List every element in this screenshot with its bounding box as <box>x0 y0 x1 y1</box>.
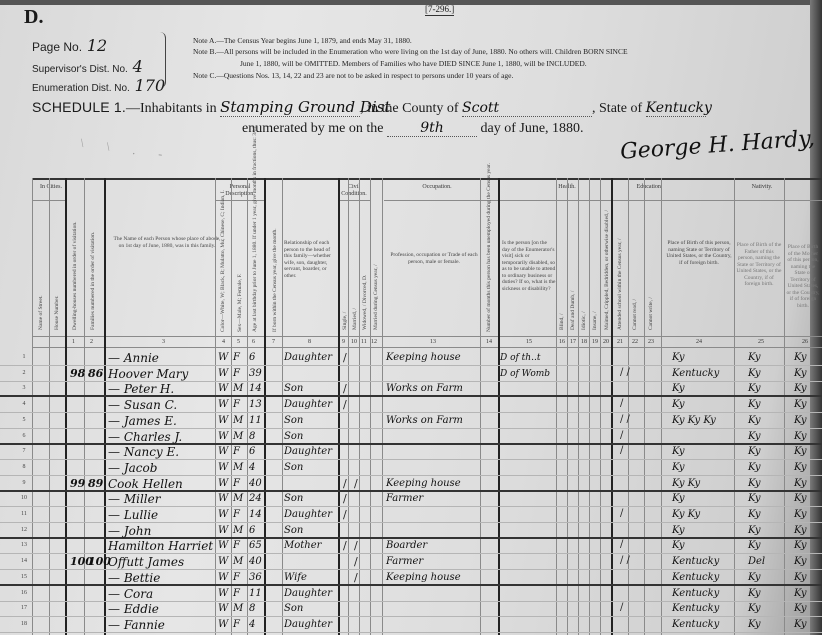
page-number-label: Page No. <box>32 40 82 54</box>
colnum: 2 <box>90 339 93 345</box>
colnum: 15 <box>526 339 532 345</box>
meta-bracket <box>160 32 166 88</box>
person-name: — Miller <box>108 491 160 507</box>
relationship: Son <box>284 413 303 429</box>
group-occupation: Occupation. <box>392 184 482 191</box>
father-birthplace: Ky <box>748 570 760 586</box>
married-mark: / <box>354 477 358 490</box>
single-mark: / <box>343 539 347 552</box>
age: 4 <box>249 617 255 633</box>
sex: F <box>233 366 240 382</box>
relationship: Daughter <box>284 350 332 366</box>
married-mark: / <box>354 571 358 584</box>
table-row: 7 — Nancy E. W F 6 Daughter / Ky Ky Ky <box>0 444 822 460</box>
occupation: Keeping house <box>386 476 461 492</box>
person-name: — Fannie <box>108 617 165 633</box>
color: W <box>218 397 228 413</box>
enumeration-district-label: Enumeration Dist. No. <box>32 83 130 94</box>
mother-birthplace: Ky <box>794 586 806 602</box>
table-row: 4 — Susan C. W F 13 Daughter / / Ky Ky K… <box>0 397 822 413</box>
single-mark: / <box>343 351 347 364</box>
enumerator-signature: George H. Hardy, <box>619 126 815 165</box>
enumeration-date: enumerated by me on the 9th day of June,… <box>242 120 584 137</box>
col-relationship: Relationship of each person to the head … <box>284 240 334 279</box>
person-name: — James E. <box>108 413 177 429</box>
col-birthplace: Place of Birth of this person, naming St… <box>666 240 732 266</box>
colnum: 26 <box>802 339 808 345</box>
sex: F <box>233 538 240 554</box>
mother-birthplace: Ky <box>794 538 806 554</box>
occupation: Keeping house <box>386 350 461 366</box>
relationship: Daughter <box>284 586 332 602</box>
education-marks: / <box>620 602 623 613</box>
mother-birthplace: Ky <box>794 366 806 382</box>
table-row: 14 100 100 Offutt James W M 40 / Farmer … <box>0 554 822 570</box>
relationship: Son <box>284 460 303 476</box>
age: 65 <box>249 538 262 554</box>
birthplace: Ky <box>672 444 684 460</box>
birthplace: Ky Ky Ky <box>672 413 716 429</box>
birthplace: Kentucky <box>672 586 719 602</box>
line-number: 8 <box>18 464 30 470</box>
birthplace: Kentucky <box>672 554 719 570</box>
person-name: — Cora <box>108 586 153 602</box>
color: W <box>218 538 228 554</box>
person-name: — Annie <box>108 350 159 366</box>
sex: M <box>233 491 243 507</box>
relationship: Daughter <box>284 397 332 413</box>
scan-edge-top <box>0 0 822 5</box>
line-number: 12 <box>18 527 30 533</box>
age: 13 <box>249 397 262 413</box>
table-row: 13 Hamilton Harriet W F 65 Mother / / Bo… <box>0 538 822 554</box>
line-number: 4 <box>18 401 30 407</box>
father-birthplace: Ky <box>748 507 760 523</box>
father-birthplace: Ky <box>748 397 760 413</box>
relationship: Son <box>284 601 303 617</box>
colnum: 3 <box>162 339 165 345</box>
sex: F <box>233 586 240 602</box>
sex: F <box>233 397 240 413</box>
state-value: Kentucky <box>646 100 706 117</box>
education-marks: / / <box>620 414 630 425</box>
relationship: Wife <box>284 570 307 586</box>
birthplace: Kentucky <box>672 366 719 382</box>
person-name: — Lullie <box>108 507 158 523</box>
col-months-unemployed: Number of months this person has been un… <box>486 204 492 332</box>
col-sex: Sex—Male, M; Female, F. <box>237 204 243 332</box>
father-birthplace: Ky <box>748 586 760 602</box>
occupation: Farmer <box>386 491 423 507</box>
table-row: 12 — John W M 6 Son Ky Ky Ky <box>0 523 822 539</box>
occupation: Farmer <box>386 554 423 570</box>
father-birthplace: Ky <box>748 429 760 445</box>
note-b: Note B.—All persons will be included in … <box>193 47 628 56</box>
group-civil: Civil Condition. <box>339 184 369 198</box>
line-number: 13 <box>18 542 30 548</box>
father-birthplace: Ky <box>748 617 760 633</box>
state-label: , State of <box>592 101 642 116</box>
sickness: D of th..t <box>500 350 540 366</box>
sex: M <box>233 523 243 539</box>
father-birthplace: Ky <box>748 460 760 476</box>
single-mark: / <box>343 508 347 521</box>
sex: F <box>233 570 240 586</box>
page-number: Page No. 12 <box>32 36 107 55</box>
education-marks: / <box>620 445 623 456</box>
mother-birthplace: Ky <box>794 381 806 397</box>
line-number: 2 <box>18 370 30 376</box>
age: 11 <box>249 586 262 602</box>
single-mark: / <box>343 477 347 490</box>
person-name: — Bettie <box>108 570 160 586</box>
birthplace: Kentucky <box>672 601 719 617</box>
colnum: 19 <box>592 339 598 345</box>
table-row: 16 — Cora W F 11 Daughter Kentucky Ky Ky <box>0 586 822 602</box>
color: W <box>218 523 228 539</box>
father-birthplace: Ky <box>748 413 760 429</box>
mother-birthplace: Ky <box>794 491 806 507</box>
note-c: Note C.—Questions Nos. 13, 14, 22 and 23… <box>193 71 513 80</box>
color: W <box>218 350 228 366</box>
age: 14 <box>249 507 262 523</box>
line-number: 16 <box>18 590 30 596</box>
age: 36 <box>249 570 262 586</box>
colnum: 21 <box>617 339 623 345</box>
sex: M <box>233 601 243 617</box>
colnum: 17 <box>570 339 576 345</box>
col-father-birthplace: Place of Birth of the Father of this per… <box>736 242 782 288</box>
line-number: 7 <box>18 448 30 454</box>
supervisor-district-label: Supervisor's Dist. No. <box>32 64 128 75</box>
birthplace: Kentucky <box>672 570 719 586</box>
col-insane: Insane, / <box>592 290 598 330</box>
sex: F <box>233 617 240 633</box>
col-widowed: Widowed, / Divorced, D. <box>362 240 368 330</box>
color: W <box>218 444 228 460</box>
table-row: 15 — Bettie W F 36 Wife / Keeping house … <box>0 570 822 586</box>
mother-birthplace: Ky <box>794 429 806 445</box>
education-marks: / <box>620 539 623 550</box>
line-number: 17 <box>18 605 30 611</box>
line-number: 6 <box>18 433 30 439</box>
education-marks: / <box>620 508 623 519</box>
colnum: 20 <box>603 339 609 345</box>
person-name: — Susan C. <box>108 397 177 413</box>
age: 24 <box>249 491 262 507</box>
group-nativity: Nativity. <box>732 184 792 191</box>
person-name: — Jacob <box>108 460 157 476</box>
sex: M <box>233 554 243 570</box>
father-birthplace: Ky <box>748 366 760 382</box>
colnum: 5 <box>237 339 240 345</box>
col-name: The Name of each Person whose place of a… <box>112 236 222 249</box>
mother-birthplace: Ky <box>794 460 806 476</box>
place-value: Stamping Ground Dist <box>220 98 360 117</box>
county-label: , in the County of <box>360 101 458 116</box>
col-age: Age at last birthday prior to June 1, 18… <box>252 204 258 332</box>
sex: F <box>233 444 240 460</box>
table-row: 3 — Peter H. W M 14 Son / Works on Farm … <box>0 381 822 397</box>
color: W <box>218 617 228 633</box>
col-blind: Blind, / <box>559 290 565 330</box>
person-name: — Nancy E. <box>108 444 179 460</box>
note-b-continued: June 1, 1880, will be OMITTED. Members o… <box>240 59 587 68</box>
birthplace: Ky <box>672 538 684 554</box>
dwelling-number: 99 <box>70 476 85 492</box>
colnum: 16 <box>559 339 565 345</box>
person-name: — Charles J. <box>108 429 182 445</box>
col-color: Color—White, W; Black, B; Mulatto, Mu; C… <box>220 204 226 332</box>
sex: F <box>233 476 240 492</box>
single-mark: / <box>343 382 347 395</box>
colnum: 11 <box>361 339 367 345</box>
age: 8 <box>249 429 255 445</box>
person-name: Cook Hellen <box>108 476 183 492</box>
colnum: 24 <box>696 339 702 345</box>
line-number: 5 <box>18 417 30 423</box>
occupation: Works on Farm <box>386 413 463 429</box>
col-attended-school: Attended school within the Census year, … <box>617 220 623 330</box>
colnum: 12 <box>371 339 377 345</box>
education-marks: / <box>620 430 623 441</box>
colnum: 23 <box>648 339 654 345</box>
birthplace: Ky <box>672 523 684 539</box>
sex: F <box>233 507 240 523</box>
line-number: 14 <box>18 558 30 564</box>
relationship: Son <box>284 429 303 445</box>
person-name: Hoover Mary <box>108 366 188 382</box>
line-number: 18 <box>18 621 30 627</box>
colnum: 1 <box>72 339 75 345</box>
table-row: 6 — Charles J. W M 8 Son / Ky Ky <box>0 429 822 445</box>
age: 40 <box>249 476 262 492</box>
education-marks: / / <box>620 367 630 378</box>
supervisor-district-value: 4 <box>133 57 143 76</box>
col-occupation: Profession, occupation or Trade of each … <box>384 252 484 265</box>
age: 6 <box>249 444 255 460</box>
group-rule <box>339 200 371 201</box>
supervisor-district: Supervisor's Dist. No. 4 <box>32 57 143 76</box>
person-name: — Eddie <box>108 601 159 617</box>
col-sickness: Is the person [on the day of the Enumera… <box>502 240 556 292</box>
color: W <box>218 413 228 429</box>
color: W <box>218 586 228 602</box>
education-marks: / / <box>620 555 630 566</box>
census-page: D. [7-296.] Page No. 12 Supervisor's Dis… <box>0 0 822 635</box>
color: W <box>218 491 228 507</box>
sex: M <box>233 429 243 445</box>
colnum: 10 <box>351 339 357 345</box>
table-row: 8 — Jacob W M 4 Son Ky Ky Ky <box>0 460 822 476</box>
single-mark: / <box>343 398 347 411</box>
bleed-through-marks: \ \ . - <box>79 136 173 164</box>
father-birthplace: Ky <box>748 476 760 492</box>
relationship: Daughter <box>284 617 332 633</box>
col-born-in-year: If born within the Census year, give the… <box>272 204 278 332</box>
colnum: 8 <box>308 339 311 345</box>
col-deaf-dumb: Deaf and Dumb, / <box>570 270 576 330</box>
col-married: Married, / <box>352 270 358 330</box>
line-number: 15 <box>18 574 30 580</box>
married-mark: / <box>354 539 358 552</box>
col-family: Families numbered in the order of visita… <box>90 200 96 330</box>
married-mark: / <box>354 555 358 568</box>
table-row: 10 — Miller W M 24 Son / Farmer Ky Ky Ky <box>0 491 822 507</box>
father-birthplace: Ky <box>748 538 760 554</box>
line-number: 1 <box>18 354 30 360</box>
person-name: — John <box>108 523 151 539</box>
sex: M <box>233 381 243 397</box>
person-name: Offutt James <box>108 554 184 570</box>
census-table: In Cities. Name of Street. House Number.… <box>32 178 822 635</box>
col-cannot-write: Cannot write, / <box>648 280 654 330</box>
colnum: 9 <box>342 339 345 345</box>
mother-birthplace: Ky <box>794 350 806 366</box>
column-numbers-row: 1 2 3 4 5 6 7 8 9 10 11 12 13 14 15 16 1… <box>32 336 822 348</box>
col-cannot-read: Cannot read, / <box>632 280 638 330</box>
father-birthplace: Ky <box>748 601 760 617</box>
sex: F <box>233 350 240 366</box>
color: W <box>218 570 228 586</box>
line-number: 11 <box>18 511 30 517</box>
table-row: 17 — Eddie W M 8 Son / Kentucky Ky Ky <box>0 601 822 617</box>
color: W <box>218 554 228 570</box>
relationship: Son <box>284 523 303 539</box>
colnum: 7 <box>272 339 275 345</box>
mother-birthplace: Ky <box>794 570 806 586</box>
birthplace: Kentucky <box>672 617 719 633</box>
birthplace: Ky <box>672 350 684 366</box>
father-birthplace: Del <box>748 554 765 570</box>
form-code: [7-296.] <box>425 4 454 16</box>
father-birthplace: Ky <box>748 350 760 366</box>
sickness: D of Womb <box>500 366 550 382</box>
age: 8 <box>249 601 255 617</box>
relationship: Son <box>284 491 303 507</box>
family-number: 89 <box>88 476 103 492</box>
education-marks: / <box>620 398 623 409</box>
father-birthplace: Ky <box>748 491 760 507</box>
mother-birthplace: Ky <box>794 413 806 429</box>
table-row: 1 — Annie W F 6 Daughter / Keeping house… <box>0 350 822 366</box>
age: 40 <box>249 554 262 570</box>
age: 4 <box>249 460 255 476</box>
color: W <box>218 366 228 382</box>
sex: M <box>233 413 243 429</box>
page-number-value: 12 <box>87 36 107 55</box>
group-rule <box>384 200 500 201</box>
person-name: — Peter H. <box>108 381 174 397</box>
colnum: 6 <box>252 339 255 345</box>
day-suffix: day of June, 1880. <box>481 121 584 136</box>
age: 39 <box>249 366 262 382</box>
table-row: 11 — Lullie W F 14 Daughter / / Ky Ky Ky… <box>0 507 822 523</box>
dwelling-number: 98 <box>70 366 85 382</box>
color: W <box>218 429 228 445</box>
table-header: In Cities. Name of Street. House Number.… <box>32 178 822 336</box>
mother-birthplace: Ky <box>794 554 806 570</box>
col-dwelling: Dwelling-houses numbered in order of vis… <box>72 200 78 330</box>
colnum: 13 <box>430 339 436 345</box>
mother-birthplace: Ky <box>794 523 806 539</box>
occupation: Keeping house <box>386 570 461 586</box>
birthplace: Ky <box>672 460 684 476</box>
mother-birthplace: Ky <box>794 507 806 523</box>
col-maimed: Maimed, Crippled, Bedridden, or otherwis… <box>604 202 610 330</box>
col-house-number: House Number. <box>54 250 60 330</box>
county-value: Scott <box>462 100 592 117</box>
color: W <box>218 601 228 617</box>
schedule-header: SCHEDULE 1.—Inhabitants in Stamping Grou… <box>32 98 706 117</box>
inhabitants-label: —Inhabitants in <box>126 101 217 116</box>
group-education: Education. <box>622 184 677 191</box>
colnum: 14 <box>486 339 492 345</box>
table-row: 18 — Fannie W F 4 Daughter Kentucky Ky K… <box>0 617 822 633</box>
relationship: Mother <box>284 538 321 554</box>
color: W <box>218 476 228 492</box>
colnum: 4 <box>222 339 225 345</box>
day-value: 9th <box>387 120 477 137</box>
relationship: Daughter <box>284 444 332 460</box>
enumerated-label: enumerated by me on the <box>242 121 384 136</box>
note-a: Note A.—The Census Year begins June 1, 1… <box>193 36 412 45</box>
color: W <box>218 381 228 397</box>
relationship: Son <box>284 381 303 397</box>
col-mother-birthplace: Place of Birth of the Mother of this per… <box>786 244 820 309</box>
occupation: Boarder <box>386 538 427 554</box>
family-number: 86 <box>88 366 103 382</box>
col-married-in-year: Married during Census year, / <box>373 220 379 330</box>
birthplace: Ky <box>672 491 684 507</box>
mother-birthplace: Ky <box>794 476 806 492</box>
mother-birthplace: Ky <box>794 397 806 413</box>
group-rule <box>664 200 822 201</box>
table-row: 9 99 89 Cook Hellen W F 40 / / Keeping h… <box>0 476 822 492</box>
birthplace: Ky Ky <box>672 476 700 492</box>
father-birthplace: Ky <box>748 444 760 460</box>
col-idiotic: Idiotic, / <box>581 290 587 330</box>
mother-birthplace: Ky <box>794 617 806 633</box>
schedule-title: SCHEDULE 1. <box>32 99 126 115</box>
enumeration-district: Enumeration Dist. No. 170 <box>32 76 165 95</box>
colnum: 18 <box>581 339 587 345</box>
col-street: Name of Street. <box>38 250 44 330</box>
table-row: 5 — James E. W M 11 Son Works on Farm / … <box>0 413 822 429</box>
father-birthplace: Ky <box>748 381 760 397</box>
colnum: 22 <box>632 339 638 345</box>
age: 11 <box>249 413 262 429</box>
relationship: Daughter <box>284 507 332 523</box>
table-row: 2 98 86 Hoover Mary W F 39 D of Womb / /… <box>0 366 822 382</box>
line-number: 3 <box>18 385 30 391</box>
mother-birthplace: Ky <box>794 601 806 617</box>
line-number: 9 <box>18 480 30 486</box>
line-number: 10 <box>18 495 30 501</box>
father-birthplace: Ky <box>748 523 760 539</box>
person-name: Hamilton Harriet <box>108 538 213 554</box>
age: 14 <box>249 381 262 397</box>
age: 6 <box>249 523 255 539</box>
color: W <box>218 507 228 523</box>
mother-birthplace: Ky <box>794 444 806 460</box>
colnum: 25 <box>758 339 764 345</box>
form-letter: D. <box>24 6 43 29</box>
occupation: Works on Farm <box>386 381 463 397</box>
single-mark: / <box>343 492 347 505</box>
birthplace: Ky <box>672 381 684 397</box>
birthplace: Ky <box>672 397 684 413</box>
